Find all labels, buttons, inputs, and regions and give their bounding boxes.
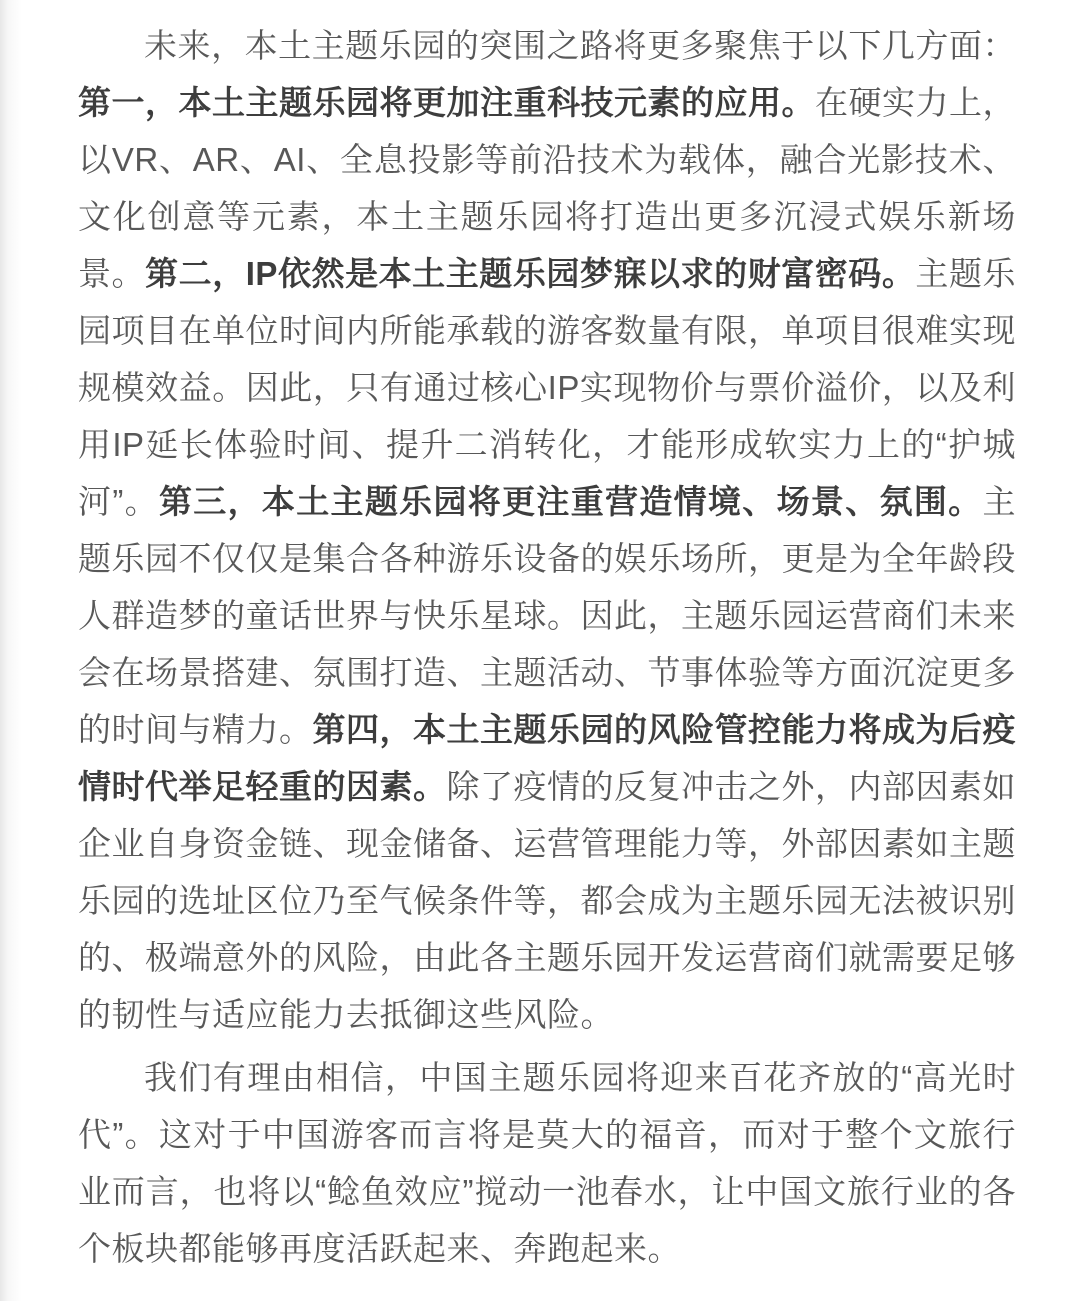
text-run: 主题乐园不仅仅是集合各种游乐设备的娱乐场所，更是为全年龄段人群造梦的童话世界与快… xyxy=(78,483,1016,748)
text-run: 未来，本土主题乐园的突围之路将更多聚焦于以下几方面： xyxy=(144,27,1016,64)
article-body: 未来，本土主题乐园的突围之路将更多聚焦于以下几方面：第一，本土主题乐园将更加注重… xyxy=(0,0,1080,1277)
text-run: 我们有理由相信，中国主题乐园将迎来百花齐放的“高光时代”。这对于中国游客而言将是… xyxy=(78,1059,1016,1267)
emphasis-text-run: 第二，IP依然是本土主题乐园梦寐以求的财富密码。 xyxy=(145,255,915,292)
paragraph: 未来，本土主题乐园的突围之路将更多聚焦于以下几方面：第一，本土主题乐园将更加注重… xyxy=(78,17,1016,1043)
text-run: 除了疫情的反复冲击之外，内部因素如企业自身资金链、现金储备、运营管理能力等，外部… xyxy=(78,768,1016,1033)
text-run: 主题乐园项目在单位时间内所能承载的游客数量有限，单项目很难实现规模效益。因此，只… xyxy=(78,255,1016,520)
emphasis-text-run: 第三，本土主题乐园将更注重营造情境、场景、氛围。 xyxy=(159,483,983,520)
paragraph: 我们有理由相信，中国主题乐园将迎来百花齐放的“高光时代”。这对于中国游客而言将是… xyxy=(78,1049,1016,1277)
page: { "page": { "background": "#ffffff", "te… xyxy=(0,0,1080,1301)
emphasis-text-run: 第一，本土主题乐园将更加注重科技元素的应用。 xyxy=(78,84,815,121)
